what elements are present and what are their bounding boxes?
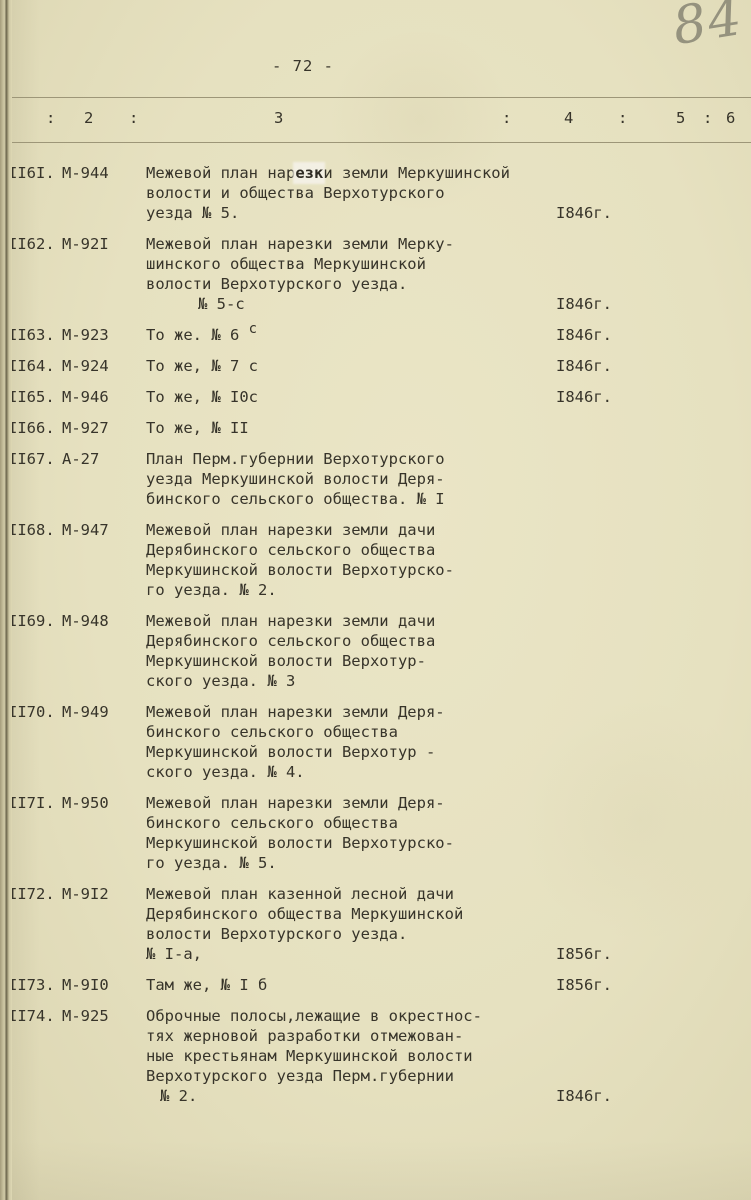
description-line: ского уезда. № 3 <box>146 671 548 691</box>
description-line: Межевой план казенной лесной дачи <box>146 884 548 904</box>
column-separator: : <box>129 109 138 127</box>
description-line: № I-а, <box>146 944 548 964</box>
entry-code: М-923 <box>62 325 146 345</box>
description-line: бинского сельского общества. № I <box>146 489 548 509</box>
description-line: шинского общества Меркушинской <box>146 254 548 274</box>
page-number: - 72 - <box>272 57 334 75</box>
table-row: II70.М-949Межевой план нарезки земли Дер… <box>14 702 751 782</box>
entry-code: М-92I <box>62 234 146 254</box>
entry-number: II66. <box>8 418 62 438</box>
page-binding-edge <box>0 0 12 1200</box>
entry-year: I846г. <box>556 325 612 345</box>
text-fragment: То же. № 6 <box>146 326 249 344</box>
entry-code: М-925 <box>62 1006 146 1026</box>
table-row: II64.М-924То же, № 7 сI846г. <box>14 356 751 376</box>
table-row: II66.М-927То же, № II <box>14 418 751 438</box>
column-separator: : <box>618 109 627 127</box>
table-body: II6I.М-944Межевой план нарезки земли Мер… <box>14 163 751 1117</box>
description-line: Меркушинской волости Верхотурско- <box>146 833 548 853</box>
entry-code: М-948 <box>62 611 146 631</box>
description-line: Меркушинской волости Верхотурско- <box>146 560 548 580</box>
description-line: Межевой план нарезки земли дачи <box>146 520 548 540</box>
column-separator: : <box>46 109 55 127</box>
entry-year: I846г. <box>556 1086 612 1106</box>
entry-description: Оброчные полосы,лежащие в окрестнос-тях … <box>146 1006 548 1106</box>
description-line: уезда № 5. <box>146 203 548 223</box>
table-row: II74.М-925Оброчные полосы,лежащие в окре… <box>14 1006 751 1106</box>
description-line: То же, № 7 с <box>146 356 548 376</box>
column-header: 5 <box>676 109 685 127</box>
description-line: № 2. <box>146 1086 548 1106</box>
entry-code: М-924 <box>62 356 146 376</box>
table-row: II69.М-948Межевой план нарезки земли дач… <box>14 611 751 691</box>
table-row: II72.М-9I2Межевой план казенной лесной д… <box>14 884 751 964</box>
description-line: То же, № I0с <box>146 387 548 407</box>
description-line: № 5-с <box>146 294 548 314</box>
entry-description: Межевой план нарезки земли Мерку-шинског… <box>146 234 548 314</box>
entry-description: Межевой план нарезки земли дачиДерябинск… <box>146 611 548 691</box>
entry-description: Межевой план нарезки земли дачиДерябинск… <box>146 520 548 600</box>
entry-code: М-946 <box>62 387 146 407</box>
description-line: Меркушинской волости Верхотур - <box>146 742 548 762</box>
handwritten-folio-number: 84 <box>669 0 748 57</box>
column-header: 6 <box>726 109 735 127</box>
entry-number: II68. <box>8 520 62 540</box>
text-fragment: № 5-с <box>198 295 245 313</box>
scanned-document-page: 84 - 72 - 1:2:3:4:5:6 II6I.М-944Межевой … <box>0 0 751 1200</box>
entry-number: II70. <box>8 702 62 722</box>
entry-description: То же, № I0с <box>146 387 548 407</box>
description-line: Дерябинского общества Меркушинской <box>146 904 548 924</box>
description-line: То же. № 6 с <box>146 325 548 345</box>
table-row: II73.М-9I0Там же, № I бI856г. <box>14 975 751 995</box>
entry-code: А-27 <box>62 449 146 469</box>
description-line: го уезда. № 2. <box>146 580 548 600</box>
entry-description: Межевой план нарезки земли Деря-бинского… <box>146 702 548 782</box>
entry-description: Там же, № I б <box>146 975 548 995</box>
entry-description: План Перм.губернии Верхотурскогоуезда Ме… <box>146 449 548 509</box>
column-separator: : <box>703 109 712 127</box>
entry-number: II69. <box>8 611 62 631</box>
description-line: бинского сельского общества <box>146 813 548 833</box>
entry-year: I856г. <box>556 944 612 964</box>
text-fragment: и земли Меркушинской <box>323 164 510 182</box>
entry-number: II64. <box>8 356 62 376</box>
description-line: План Перм.губернии Верхотурского <box>146 449 548 469</box>
description-line: Оброчные полосы,лежащие в окрестнос- <box>146 1006 548 1026</box>
entry-number: II65. <box>8 387 62 407</box>
description-line: Межевой план нарезки земли Деря- <box>146 702 548 722</box>
description-line: го уезда. № 5. <box>146 853 548 873</box>
entry-number: II67. <box>8 449 62 469</box>
entry-description: Межевой план казенной лесной дачиДерябин… <box>146 884 548 964</box>
entry-year: I856г. <box>556 975 612 995</box>
entry-number: II73. <box>8 975 62 995</box>
entry-description: Межевой план нарезки земли Деря-бинского… <box>146 793 548 873</box>
description-line: уезда Меркушинской волости Деря- <box>146 469 548 489</box>
description-line: Верхотурского уезда Перм.губернии <box>146 1066 548 1086</box>
entry-description: То же, № 7 с <box>146 356 548 376</box>
column-separator: : <box>502 109 511 127</box>
text-fragment: № 2. <box>160 1087 197 1105</box>
description-line: Там же, № I б <box>146 975 548 995</box>
description-line: волости и общества Верхотурского <box>146 183 548 203</box>
description-line: Межевой план нарезки земли Меркушинской <box>146 163 548 183</box>
entry-year: I846г. <box>556 203 612 223</box>
description-line: Межевой план нарезки земли Деря- <box>146 793 548 813</box>
column-header: 2 <box>84 109 93 127</box>
table-row: II65.М-946То же, № I0сI846г. <box>14 387 751 407</box>
entry-number: II7I. <box>8 793 62 813</box>
description-line: Меркушинской волости Верхотур- <box>146 651 548 671</box>
superscript-letter: с <box>249 321 257 337</box>
description-line: бинского сельского общества <box>146 722 548 742</box>
entry-year: I846г. <box>556 387 612 407</box>
entry-year: I846г. <box>556 356 612 376</box>
table-row: II68.М-947Межевой план нарезки земли дач… <box>14 520 751 600</box>
entry-code: М-944 <box>62 163 146 183</box>
entry-code: М-947 <box>62 520 146 540</box>
table-row: II62.М-92IМежевой план нарезки земли Мер… <box>14 234 751 314</box>
description-line: Межевой план нарезки земли Мерку- <box>146 234 548 254</box>
entry-number: II62. <box>8 234 62 254</box>
entry-number: II6I. <box>8 163 62 183</box>
entry-code: М-927 <box>62 418 146 438</box>
description-line: То же, № II <box>146 418 548 438</box>
table-row: II63.М-923То же. № 6 сI846г. <box>14 325 751 345</box>
description-line: Межевой план нарезки земли дачи <box>146 611 548 631</box>
entry-code: М-949 <box>62 702 146 722</box>
entry-description: Межевой план нарезки земли Меркушинскойв… <box>146 163 548 223</box>
entry-year: I846г. <box>556 294 612 314</box>
entry-number: II74. <box>8 1006 62 1026</box>
entry-description: То же. № 6 с <box>146 325 548 345</box>
description-line: волости Верхотурского уезда. <box>146 274 548 294</box>
entry-code: М-9I2 <box>62 884 146 904</box>
entry-description: То же, № II <box>146 418 548 438</box>
table-header: 1:2:3:4:5:6 <box>0 97 751 143</box>
description-line: ского уезда. № 4. <box>146 762 548 782</box>
entry-number: II63. <box>8 325 62 345</box>
table-row: II7I.М-950Межевой план нарезки земли Дер… <box>14 793 751 873</box>
column-header: 3 <box>274 109 283 127</box>
table-row: II6I.М-944Межевой план нарезки земли Мер… <box>14 163 751 223</box>
correction-patch: езк <box>295 164 323 182</box>
text-fragment: Межевой план нар <box>146 164 295 182</box>
entry-number: II72. <box>8 884 62 904</box>
column-header: 4 <box>564 109 573 127</box>
description-line: ные крестьянам Меркушинской волости <box>146 1046 548 1066</box>
description-line: Дерябинского сельского общества <box>146 631 548 651</box>
description-line: Дерябинского сельского общества <box>146 540 548 560</box>
entry-code: М-9I0 <box>62 975 146 995</box>
description-line: тях жерновой разработки отмежован- <box>146 1026 548 1046</box>
description-line: волости Верхотурского уезда. <box>146 924 548 944</box>
table-row: II67.А-27План Перм.губернии Верхотурског… <box>14 449 751 509</box>
entry-code: М-950 <box>62 793 146 813</box>
